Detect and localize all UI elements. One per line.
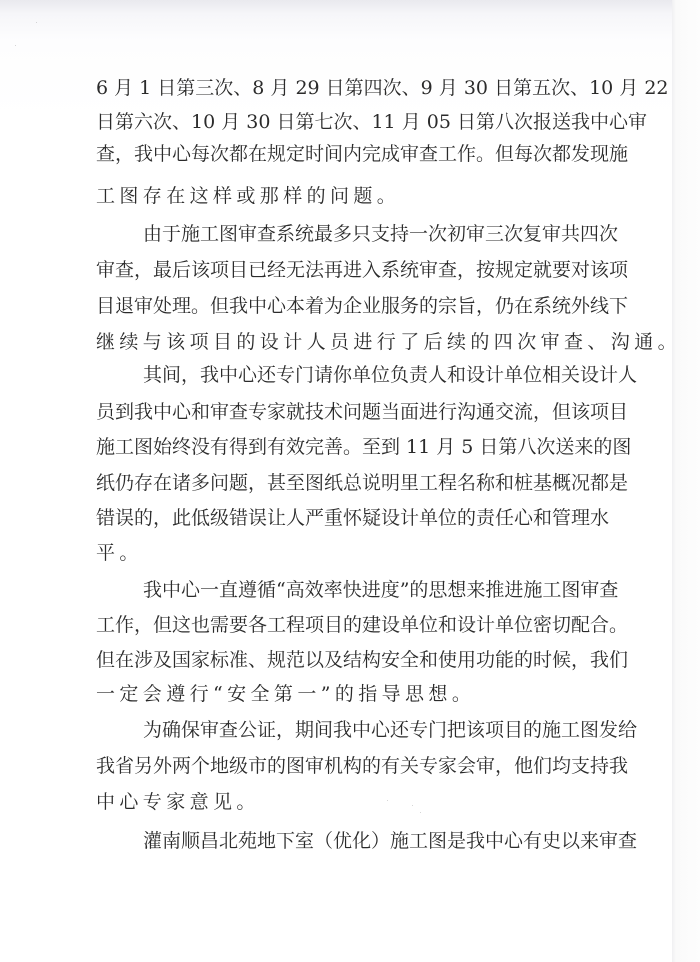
text-line: 施工图始终没有得到有效完善。至到 11 月 5 日第八次送来的图	[96, 433, 576, 461]
text-line: 6 月 1 日第三次、8 月 29 日第四次、9 月 30 日第五次、10 月 …	[96, 74, 576, 102]
text-line: 灌南顺昌北苑地下室（优化）施工图是我中心有史以来审查	[143, 827, 576, 855]
text-line: 纸仍存在诸多问题，甚至图纸总说明里工程名称和桩基概况都是	[96, 469, 576, 497]
text-line: 一定会遵行“安全第一”的指导思想。	[96, 680, 576, 708]
text-line: 审查，最后该项目已经无法再进入系统审查，按规定就要对该项	[96, 256, 576, 284]
text-line: 我省另外两个地级市的图审机构的有关专家会审，他们均支持我	[96, 752, 576, 780]
scan-speck	[387, 800, 388, 801]
text-line: 工图存在这样或那样的问题。	[96, 182, 576, 210]
scan-edge	[672, 0, 700, 962]
text-line: 员到我中心和审查专家就技术问题当面进行沟通交流，但该项目	[96, 398, 576, 426]
text-line: 我中心一直遵循“高效率快进度”的思想来推进施工图审查	[143, 576, 576, 604]
text-line: 查，我中心每次都在规定时间内完成审查工作。但每次都发现施	[96, 140, 576, 168]
text-line: 由于施工图审查系统最多只支持一次初审三次复审共四次	[143, 220, 576, 248]
text-line: 中心专家意见。	[96, 788, 576, 816]
text-line: 工作，但这也需要各工程项目的建设单位和设计单位密切配合。	[96, 611, 576, 639]
text-line: 为确保审查公证，期间我中心还专门把该项目的施工图发给	[143, 716, 576, 744]
text-line: 但在涉及国家标准、规范以及结构安全和使用功能的时候，我们	[96, 646, 576, 674]
text-line: 错误的，此低级错误让人严重怀疑设计单位的责任心和管理水	[96, 504, 576, 532]
text-line: 目退审处理。但我中心本着为企业服务的宗旨，仍在系统外线下	[96, 292, 576, 320]
scan-speck	[412, 805, 413, 806]
scan-speck	[420, 812, 421, 813]
text-line: 平。	[96, 539, 576, 567]
text-line: 继续与该项目的设计人员进行了后续的四次审查、沟通。	[96, 328, 576, 356]
text-line: 日第六次、10 月 30 日第七次、11 月 05 日第八次报送我中心审	[96, 108, 576, 136]
scan-speck	[15, 45, 16, 46]
text-line: 其间，我中心还专门请你单位负责人和设计单位相关设计人	[143, 361, 576, 389]
scan-speck	[36, 22, 37, 23]
